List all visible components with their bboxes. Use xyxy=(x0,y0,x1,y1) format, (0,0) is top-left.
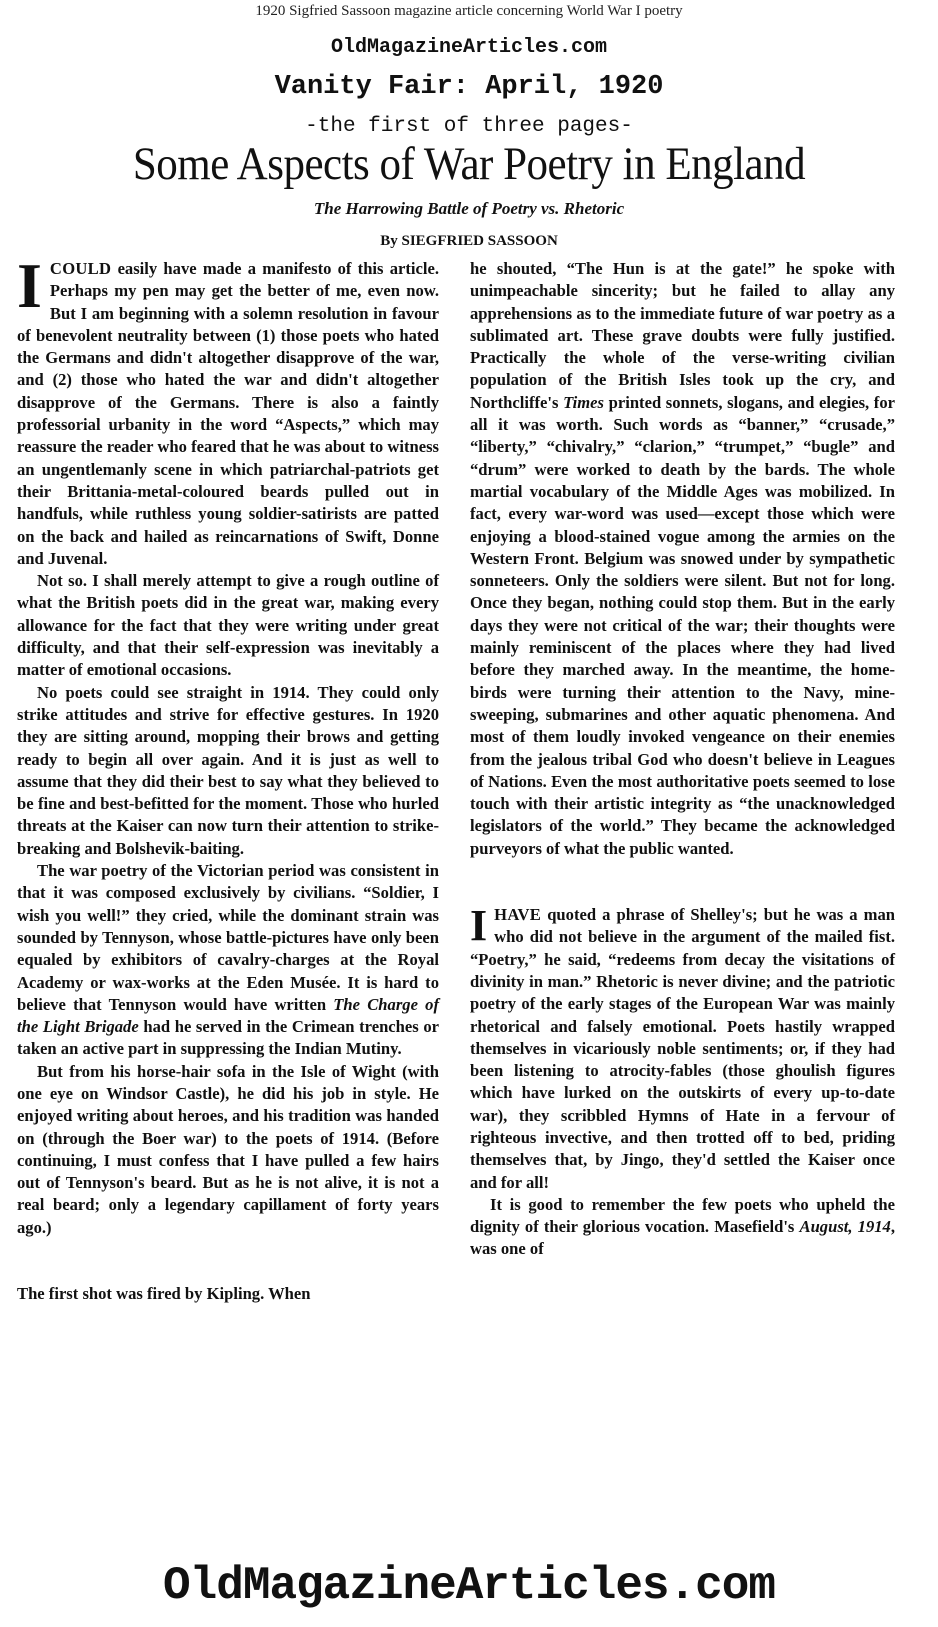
paragraph: The war poetry of the Victorian period w… xyxy=(17,860,439,1061)
paragraph: Not so. I shall merely attempt to give a… xyxy=(17,570,439,681)
site-watermark-top: OldMagazineArticles.com xyxy=(0,36,938,59)
paragraph: IHAVE quoted a phrase of Shelley's; but … xyxy=(470,904,895,1194)
paragraph: But from his horse-hair sofa in the Isle… xyxy=(17,1061,439,1239)
drop-cap: I xyxy=(470,907,487,945)
poem-title: August, 1914 xyxy=(800,1217,891,1236)
site-watermark-bottom: OldMagazineArticles.com xyxy=(0,1560,938,1612)
lead-caps: HAVE xyxy=(494,905,541,924)
article-subtitle: The Harrowing Battle of Poetry vs. Rheto… xyxy=(0,199,938,219)
paragraph-text: he shouted, “The Hun is at the gate!” he… xyxy=(470,259,895,412)
paragraph-text: The war poetry of the Victorian period w… xyxy=(17,861,439,1014)
image-caption: 1920 Sigfried Sassoon magazine article c… xyxy=(0,0,938,22)
paragraph: The first shot was fired by Kipling. Whe… xyxy=(17,1283,439,1305)
right-column: he shouted, “The Hun is at the gate!” he… xyxy=(470,258,895,1261)
paragraph: ICOULD easily have made a manifesto of t… xyxy=(17,258,439,570)
paragraph: It is good to remember the few poets who… xyxy=(470,1194,895,1261)
paragraph: he shouted, “The Hun is at the gate!” he… xyxy=(470,258,895,860)
lead-caps: COULD xyxy=(50,259,111,278)
byline: By SIEGFRIED SASSOON xyxy=(0,233,938,250)
magazine-date: Vanity Fair: April, 1920 xyxy=(0,72,938,102)
paragraph-text: printed sonnets, slogans, and elegies, f… xyxy=(470,393,895,858)
paragraph-text: quoted a phrase of Shelley's; but he was… xyxy=(470,905,895,1192)
article-title: Some Aspects of War Poetry in England xyxy=(0,138,938,191)
pages-note: -the first of three pages- xyxy=(0,115,938,138)
newspaper-title: Times xyxy=(563,393,604,412)
paragraph-text: easily have made a manifesto of this art… xyxy=(17,259,439,568)
paragraph: No poets could see straight in 1914. The… xyxy=(17,682,439,860)
left-column: ICOULD easily have made a manifesto of t… xyxy=(17,258,439,1305)
drop-cap: I xyxy=(17,260,42,312)
